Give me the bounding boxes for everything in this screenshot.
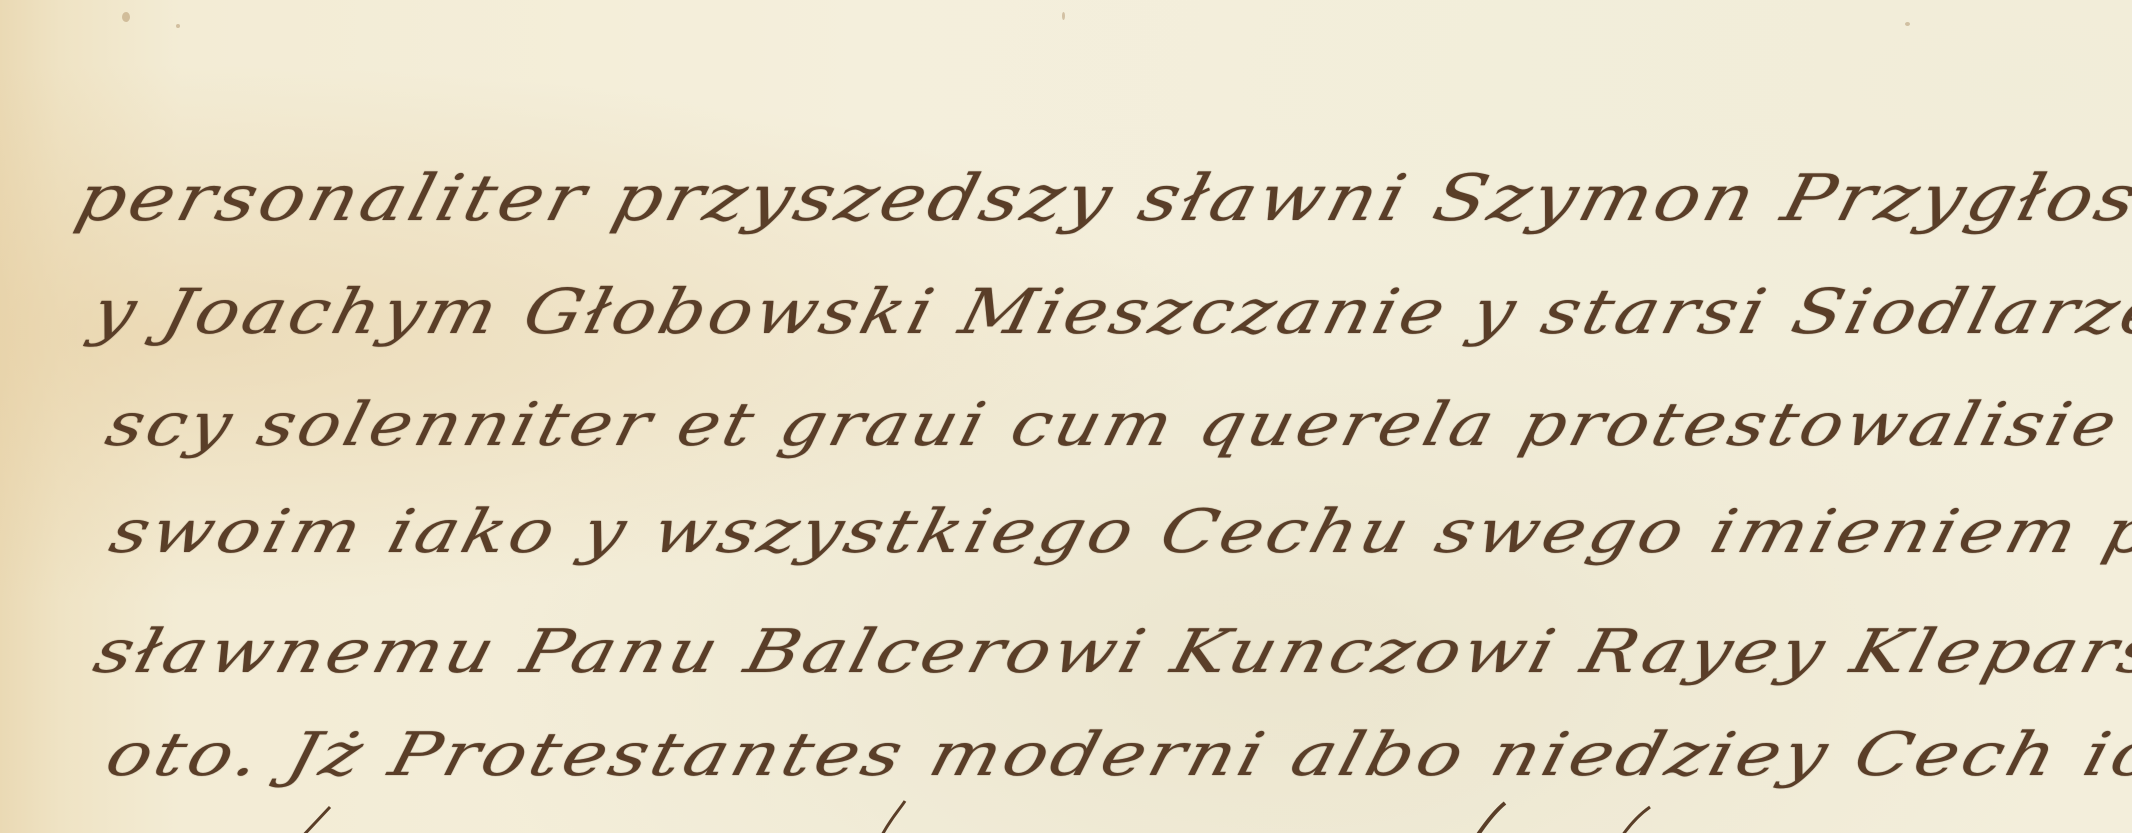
manuscript-line-4: swoim iako y wszystkiego Cechu swego imi… [103,497,2132,567]
paper-stain [1062,12,1065,20]
paper-stain [1905,22,1910,26]
manuscript-line-6: oto. Jż Protestantes moderni albo niedzi… [99,720,2132,790]
manuscript-line-3: scy solenniter et graui cum querela prot… [99,390,2132,460]
manuscript-line-1: personaliter przyszedszy sławni Szymon P… [69,162,2132,236]
cut-off-next-line-strokes [0,799,2132,833]
paper-stain [176,24,180,28]
manuscript-page: personaliter przyszedszy sławni Szymon P… [0,0,2132,833]
manuscript-line-2: y Joachym Głobowski Mieszczanie y starsi… [85,275,2132,348]
paper-stain [122,12,130,22]
manuscript-line-5: sławnemu Panu Balcerowi Kunczowi Rayey K… [87,617,2132,687]
